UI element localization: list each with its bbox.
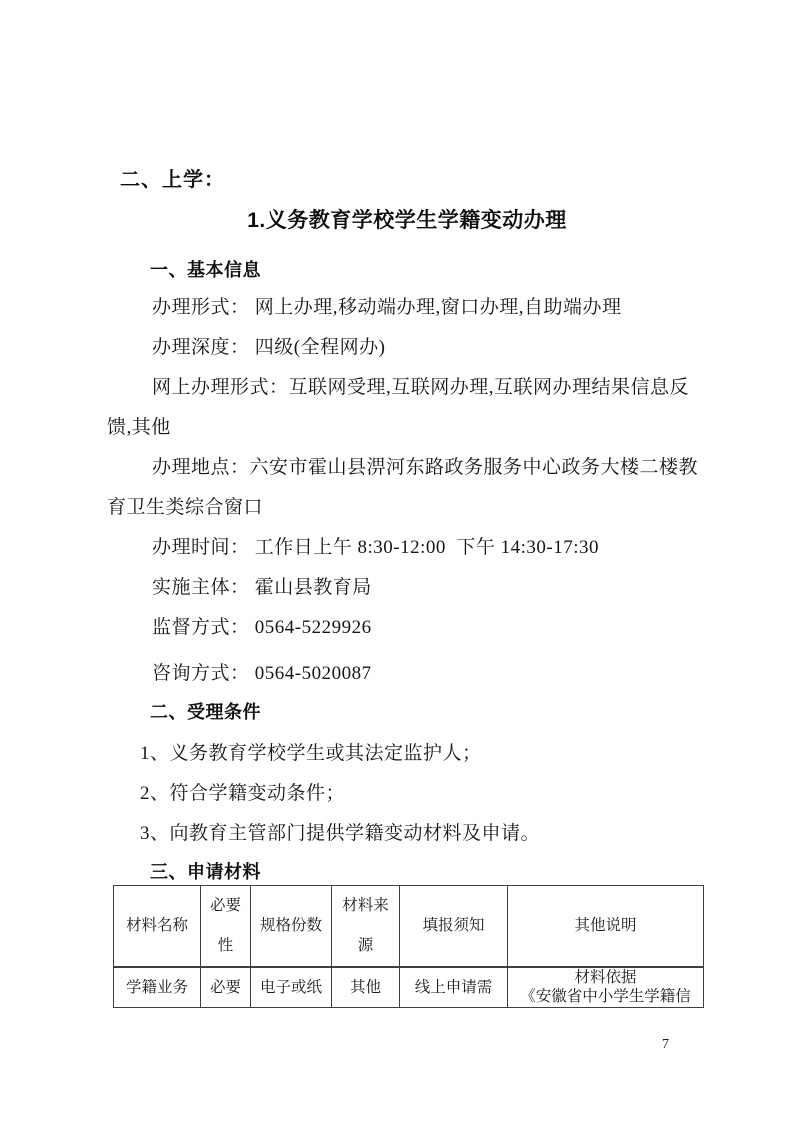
info-line-inquiry-phone: 咨询方式： 0564-5020087 [107, 654, 707, 694]
condition-item-2: 2、符合学籍变动条件； [107, 774, 707, 814]
cell-spec-count: 电子或纸 [251, 967, 332, 1007]
cell-notice: 线上申请需 [400, 967, 508, 1007]
table-header-row: 材料名称 必要性 规格份数 材料来源 填报须知 其他说明 [114, 886, 704, 968]
column-header-source: 材料来源 [332, 886, 400, 968]
info-line-online-form-cont: 馈,其他 [107, 408, 707, 448]
info-line-handling-form: 办理形式： 网上办理,移动端办理,窗口办理,自助端办理 [107, 288, 707, 328]
column-header-material-name: 材料名称 [114, 886, 201, 968]
other-notes-line-1: 材料依据 [512, 968, 699, 987]
column-header-necessity: 必要性 [201, 886, 251, 968]
condition-item-1: 1、义务教育学校学生或其法定监护人； [107, 734, 707, 774]
info-line-implementer: 实施主体： 霍山县教育局 [107, 568, 707, 608]
column-header-notice: 填报须知 [400, 886, 508, 968]
section-heading-basic-info: 一、基本信息 [150, 258, 707, 282]
acceptance-conditions-list: 1、义务教育学校学生或其法定监护人； 2、符合学籍变动条件； 3、向教育主管部门… [107, 734, 707, 854]
table-row: 学籍业务 必要 电子或纸 其他 线上申请需 材料依据 《安徽省中小学生学籍信 [114, 967, 704, 1007]
condition-item-3: 3、向教育主管部门提供学籍变动材料及申请。 [107, 814, 707, 854]
column-header-other-notes: 其他说明 [508, 886, 704, 968]
other-notes-line-2: 《安徽省中小学生学籍信 [512, 987, 699, 1006]
column-header-spec-count: 规格份数 [251, 886, 332, 968]
info-line-hours: 办理时间： 工作日上午 8:30-12:00 下午 14:30-17:30 [107, 528, 707, 568]
document-title: 1.义务教育学校学生学籍变动办理 [107, 206, 707, 236]
info-line-location: 办理地点：六安市霍山县淠河东路政务服务中心政务大楼二楼教 [107, 448, 707, 488]
info-line-handling-depth: 办理深度： 四级(全程网办) [107, 328, 707, 368]
basic-info-block: 办理形式： 网上办理,移动端办理,窗口办理,自助端办理 办理深度： 四级(全程网… [107, 288, 707, 694]
info-line-location-cont: 育卫生类综合窗口 [107, 488, 707, 528]
section-heading-acceptance: 二、受理条件 [150, 700, 707, 724]
info-line-online-form: 网上办理形式：互联网受理,互联网办理,互联网办理结果信息反 [107, 368, 707, 408]
section-heading-materials: 三、申请材料 [150, 860, 707, 884]
document-page: 二、上学： 1.义务教育学校学生学籍变动办理 一、基本信息 办理形式： 网上办理… [0, 0, 793, 1122]
cell-source: 其他 [332, 967, 400, 1007]
cell-necessity: 必要 [201, 967, 251, 1007]
page-number: 7 [662, 1037, 669, 1053]
cell-material-name: 学籍业务 [114, 967, 201, 1007]
info-line-supervision-phone: 监督方式： 0564-5229926 [107, 608, 707, 648]
materials-table: 材料名称 必要性 规格份数 材料来源 填报须知 其他说明 学籍业务 必要 电子或… [113, 885, 704, 1008]
cell-other-notes: 材料依据 《安徽省中小学生学籍信 [508, 967, 704, 1007]
chapter-heading: 二、上学： [120, 168, 707, 192]
materials-table-header: 材料名称 必要性 规格份数 材料来源 填报须知 其他说明 [114, 886, 704, 968]
